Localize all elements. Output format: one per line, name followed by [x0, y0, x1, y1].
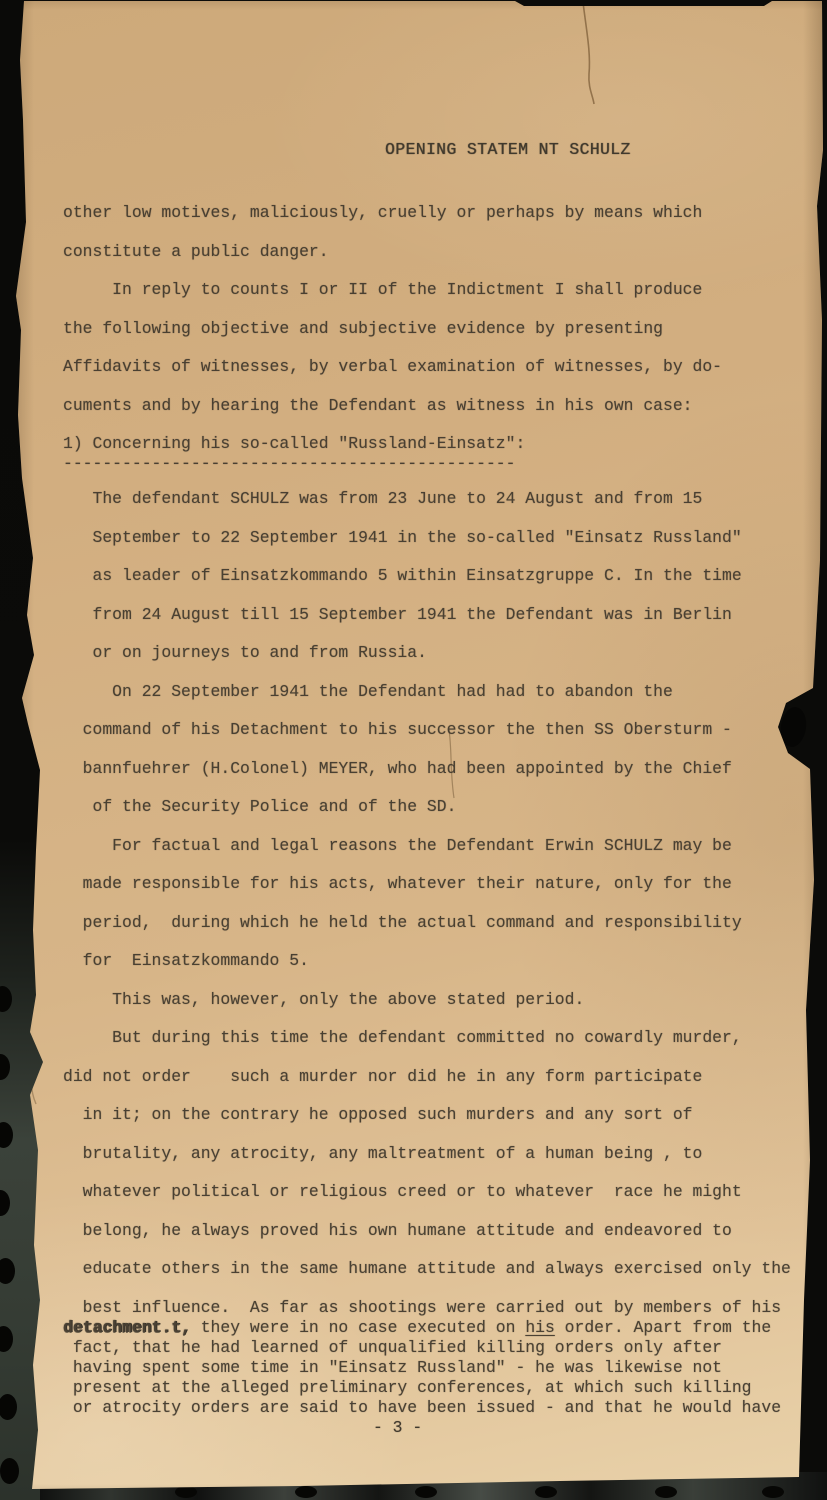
document-line: On 22 September 1941 the Defendant had h… [63, 682, 827, 721]
document-line: ----------------------------------------… [63, 454, 827, 474]
binding-hole-icon [0, 1394, 17, 1420]
binding-hole-icon [0, 1326, 13, 1352]
document-line: But during this time the defendant commi… [63, 1028, 827, 1067]
document-line: command of his Detachment to his success… [63, 720, 827, 759]
document-line: made responsible for his acts, whatever … [63, 874, 827, 913]
document-line: as leader of Einsatzkommando 5 within Ei… [63, 566, 827, 605]
document-line: having spent some time in "Einsatz Russl… [63, 1358, 827, 1378]
binding-hole-icon [0, 1054, 10, 1080]
document-line: period, during which he held the actual … [63, 913, 827, 952]
document-line: belong, he always proved his own humane … [63, 1221, 827, 1260]
binding-hole-icon [762, 1486, 784, 1498]
document-line: in it; on the contrary he opposed such m… [63, 1105, 827, 1144]
document-line: of the Security Police and of the SD. [63, 797, 827, 836]
document-page: OPENING STATEM NT SCHULZ other low motiv… [0, 0, 827, 1500]
binding-hole-icon [0, 986, 12, 1012]
document-line: other low motives, maliciously, cruelly … [63, 203, 827, 242]
binding-hole-icon [535, 1486, 557, 1498]
document-line: Affidavits of witnesses, by verbal exami… [63, 357, 827, 396]
document-line: For factual and legal reasons the Defend… [63, 836, 827, 875]
binding-hole-icon [0, 1190, 10, 1216]
document-line: bannfuehrer (H.Colonel) MEYER, who had b… [63, 759, 827, 798]
overstruck-word: detachment.t, [63, 1318, 191, 1337]
document-line: whatever political or religious creed or… [63, 1182, 827, 1221]
document-line: for Einsatzkommando 5. [63, 951, 827, 990]
binding-hole-icon [0, 1258, 15, 1284]
binding-hole-icon [175, 1486, 197, 1498]
document-line: the following objective and subjective e… [63, 319, 827, 358]
document-line: or atrocity orders are said to have been… [63, 1398, 827, 1418]
page-number: - 3 - [63, 1418, 827, 1438]
document-line: September to 22 September 1941 in the so… [63, 528, 827, 567]
document-body: OPENING STATEM NT SCHULZ other low motiv… [0, 0, 827, 1500]
scanned-page-scene: OPENING STATEM NT SCHULZ other low motiv… [0, 0, 827, 1500]
document-line: or on journeys to and from Russia. [63, 643, 827, 682]
document-line: detachment.t, they were in no case execu… [63, 1318, 827, 1338]
document-line: fact, that he had learned of unqualified… [63, 1338, 827, 1358]
binding-hole-icon [295, 1486, 317, 1498]
document-lines: other low motives, maliciously, cruelly … [63, 203, 827, 1418]
binding-hole-icon [0, 1122, 13, 1148]
document-line: from 24 August till 15 September 1941 th… [63, 605, 827, 644]
text-run: order. Apart from the [555, 1318, 771, 1337]
binding-hole-icon [655, 1486, 677, 1498]
document-line: educate others in the same humane attitu… [63, 1259, 827, 1298]
document-title: OPENING STATEM NT SCHULZ [63, 140, 827, 203]
underlined-word: his [525, 1318, 555, 1337]
document-line: 1) Concerning his so-called "Russland-Ei… [63, 434, 827, 454]
document-line: best influence. As far as shootings were… [63, 1298, 827, 1318]
document-line: did not order such a murder nor did he i… [63, 1067, 827, 1106]
text-run: they were in no case executed on [191, 1318, 525, 1337]
document-line: cuments and by hearing the Defendant as … [63, 396, 827, 435]
document-line: present at the alleged preliminary confe… [63, 1378, 827, 1398]
binding-hole-icon [415, 1486, 437, 1498]
document-line: constitute a public danger. [63, 242, 827, 281]
binding-hole-icon [0, 1458, 19, 1484]
document-line: The defendant SCHULZ was from 23 June to… [63, 489, 827, 528]
document-line: In reply to counts I or II of the Indict… [63, 280, 827, 319]
document-line: brutality, any atrocity, any maltreatmen… [63, 1144, 827, 1183]
document-line: This was, however, only the above stated… [63, 990, 827, 1029]
